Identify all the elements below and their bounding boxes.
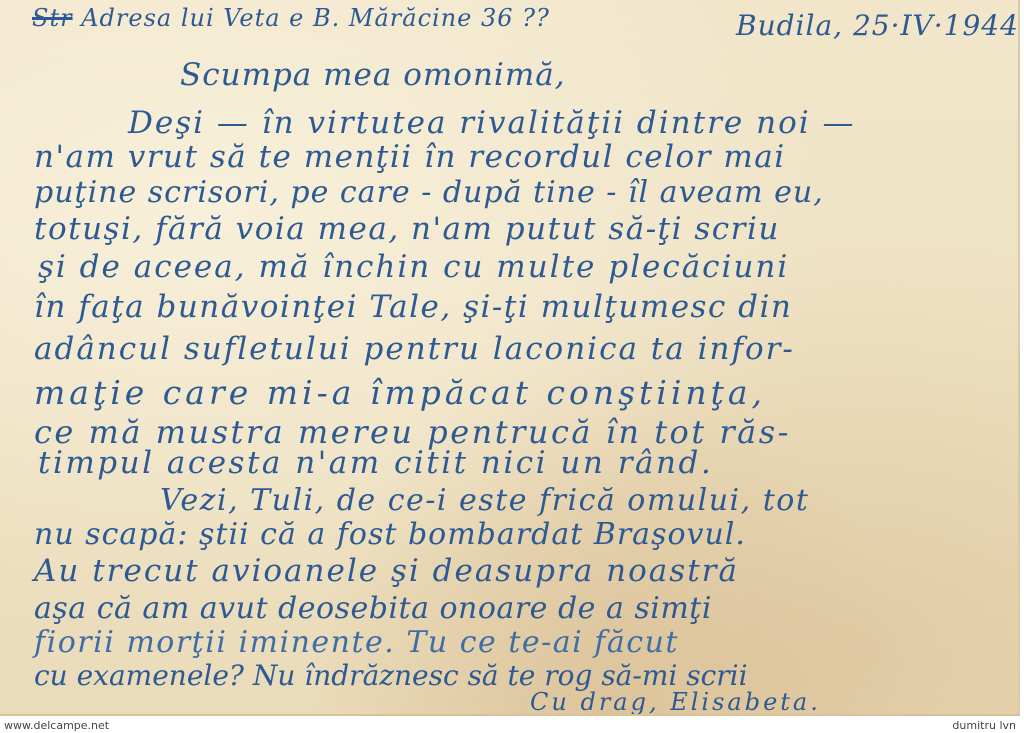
place-date: Budila, 25·IV·1944.	[736, 12, 1020, 40]
body-line: nu scapă: ştii că a fost bombardat Braşo…	[34, 520, 746, 550]
body-line: n'am vrut să te menţii în recordul celor…	[34, 142, 786, 173]
body-line: Au trecut avioanele şi deasupra noastră	[34, 556, 739, 587]
watermark-left: www.delcampe.net	[4, 719, 109, 732]
body-line: în faţa bunăvoinţei Tale, şi-ţi mulţumes…	[34, 292, 792, 323]
crossed-out-word: Str	[32, 4, 73, 32]
body-line: Deşi — în virtutea rivalităţii dintre no…	[128, 108, 856, 139]
body-line: puţine scrisori, pe care - după tine - î…	[34, 178, 824, 208]
body-line: Vezi, Tuli, de ce-i este frică omului, t…	[160, 486, 809, 516]
address-note-text: Adresa lui Veta e B. Mărăcine 36 ??	[81, 4, 550, 32]
body-line: fiorii morţii iminente. Tu ce te-ai făcu…	[34, 628, 679, 658]
body-line: cu examenele? Nu îndrăznesc să te rog să…	[34, 662, 748, 690]
body-line: adâncul sufletului pentru laconica ta in…	[34, 334, 795, 365]
body-line: ce mă mustra mereu pentrucă în tot răs-	[34, 416, 791, 448]
body-line: maţie care mi-a împăcat conştiinţa,	[34, 376, 766, 409]
salutation: Scumpa mea omonimă,	[180, 60, 566, 91]
body-line: şi de aceea, mă închin cu multe plecăciu…	[38, 252, 789, 283]
header-address-note: Str Adresa lui Veta e B. Mărăcine 36 ??	[32, 6, 550, 30]
body-line: totuşi, fără voia mea, n'am putut să-ţi …	[34, 214, 780, 245]
postcard: Str Adresa lui Veta e B. Mărăcine 36 ?? …	[0, 0, 1020, 716]
closing-signature: Cu drag, Elisabeta.	[530, 690, 821, 714]
body-line: timpul acesta n'am citit nici un rând.	[38, 448, 713, 479]
watermark-right: dumitru lvn	[952, 719, 1016, 732]
body-line: aşa că am avut deosebita onoare de a sim…	[34, 594, 712, 624]
